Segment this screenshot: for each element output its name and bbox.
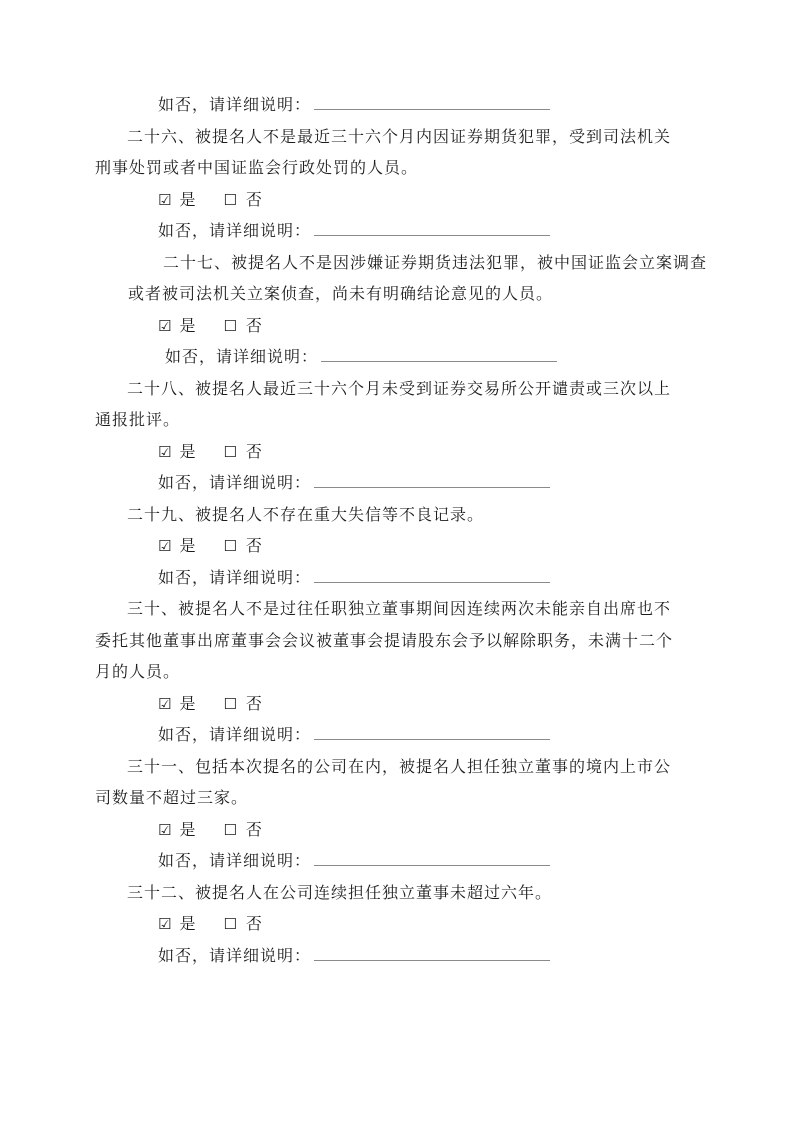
statement-line: 三十二、被提名人在公司连续担任独立董事未超过六年。: [95, 878, 701, 910]
yes-label: 是: [179, 192, 196, 209]
followup-row: 如否，请详细说明：: [95, 941, 701, 973]
no-label: 否: [246, 192, 263, 209]
yes-no-row: ☑是☐否: [95, 311, 701, 343]
yes-label: 是: [179, 916, 196, 933]
answer-blank-line[interactable]: [314, 220, 550, 236]
statement-line: 二十六、被提名人不是最近三十六个月内因证券期货犯罪，受到司法机关: [95, 122, 701, 154]
followup-label: 如否，请详细说明：: [158, 948, 311, 965]
followup-row: 如否，请详细说明：: [95, 563, 701, 595]
statement-line: 或者被司法机关立案侦查，尚未有明确结论意见的人员。: [95, 279, 701, 311]
followup-label: 如否，请详细说明：: [158, 570, 311, 587]
no-label: 否: [246, 916, 263, 933]
statement-line: 三十、被提名人不是过往任职独立董事期间因连续两次未能亲自出席也不: [95, 594, 701, 626]
checkbox-checked-icon[interactable]: ☑: [158, 317, 172, 335]
checkbox-checked-icon[interactable]: ☑: [158, 695, 172, 713]
answer-blank-line[interactable]: [314, 724, 550, 740]
followup-label: 如否，请详细说明：: [158, 97, 311, 114]
yes-no-row: ☑是☐否: [95, 815, 701, 847]
yes-no-row: ☑是☐否: [95, 909, 701, 941]
yes-label: 是: [179, 318, 196, 335]
statement-line: 二十七、被提名人不是因涉嫌证券期货违法犯罪，被中国证监会立案调查: [95, 248, 701, 280]
followup-label: 如否，请详细说明：: [165, 349, 318, 366]
checkbox-unchecked-icon[interactable]: ☐: [223, 695, 237, 713]
statement-line: 司数量不超过三家。: [95, 783, 701, 815]
checkbox-checked-icon[interactable]: ☑: [158, 821, 172, 839]
no-label: 否: [246, 822, 263, 839]
statement-line: 通报批评。: [95, 405, 701, 437]
statement-line: 刑事处罚或者中国证监会行政处罚的人员。: [95, 153, 701, 185]
statement-line: 三十一、包括本次提名的公司在内，被提名人担任独立董事的境内上市公: [95, 752, 701, 784]
statement-line: 月的人员。: [95, 657, 701, 689]
followup-row: 如否，请详细说明：: [95, 846, 701, 878]
followup-label: 如否，请详细说明：: [158, 853, 311, 870]
answer-blank-line[interactable]: [321, 346, 557, 362]
statement-line: 二十九、被提名人不存在重大失信等不良记录。: [95, 500, 701, 532]
yes-no-row: ☑是☐否: [95, 185, 701, 217]
checkbox-unchecked-icon[interactable]: ☐: [223, 317, 237, 335]
no-label: 否: [246, 444, 263, 461]
yes-no-row: ☑是☐否: [95, 531, 701, 563]
followup-row: 如否，请详细说明：: [95, 216, 701, 248]
yes-label: 是: [179, 538, 196, 555]
statement-line: 委托其他董事出席董事会会议被董事会提请股东会予以解除职务，未满十二个: [95, 626, 701, 658]
answer-blank-line[interactable]: [314, 567, 550, 583]
no-label: 否: [246, 696, 263, 713]
no-label: 否: [246, 318, 263, 335]
checkbox-checked-icon[interactable]: ☑: [158, 191, 172, 209]
yes-no-row: ☑是☐否: [95, 689, 701, 721]
statement-line: 二十八、被提名人最近三十六个月未受到证券交易所公开谴责或三次以上: [95, 374, 701, 406]
checkbox-checked-icon[interactable]: ☑: [158, 915, 172, 933]
yes-label: 是: [179, 444, 196, 461]
followup-row: 如否，请详细说明：: [95, 720, 701, 752]
followup-row: 如否，请详细说明：: [95, 342, 701, 374]
checkbox-checked-icon[interactable]: ☑: [158, 443, 172, 461]
answer-blank-line[interactable]: [314, 472, 550, 488]
checkbox-checked-icon[interactable]: ☑: [158, 537, 172, 555]
no-label: 否: [246, 538, 263, 555]
followup-row: 如否，请详细说明：: [95, 90, 701, 122]
followup-label: 如否，请详细说明：: [158, 223, 311, 240]
answer-blank-line[interactable]: [314, 94, 550, 110]
checkbox-unchecked-icon[interactable]: ☐: [223, 821, 237, 839]
checkbox-unchecked-icon[interactable]: ☐: [223, 537, 237, 555]
checkbox-unchecked-icon[interactable]: ☐: [223, 191, 237, 209]
answer-blank-line[interactable]: [314, 850, 550, 866]
followup-label: 如否，请详细说明：: [158, 727, 311, 744]
checkbox-unchecked-icon[interactable]: ☐: [223, 443, 237, 461]
followup-row: 如否，请详细说明：: [95, 468, 701, 500]
document-page: 如否，请详细说明：二十六、被提名人不是最近三十六个月内因证券期货犯罪，受到司法机…: [0, 0, 793, 1122]
yes-no-row: ☑是☐否: [95, 437, 701, 469]
followup-label: 如否，请详细说明：: [158, 475, 311, 492]
yes-label: 是: [179, 822, 196, 839]
answer-blank-line[interactable]: [314, 945, 550, 961]
yes-label: 是: [179, 696, 196, 713]
checkbox-unchecked-icon[interactable]: ☐: [223, 915, 237, 933]
questionnaire-body: 如否，请详细说明：二十六、被提名人不是最近三十六个月内因证券期货犯罪，受到司法机…: [95, 90, 701, 972]
